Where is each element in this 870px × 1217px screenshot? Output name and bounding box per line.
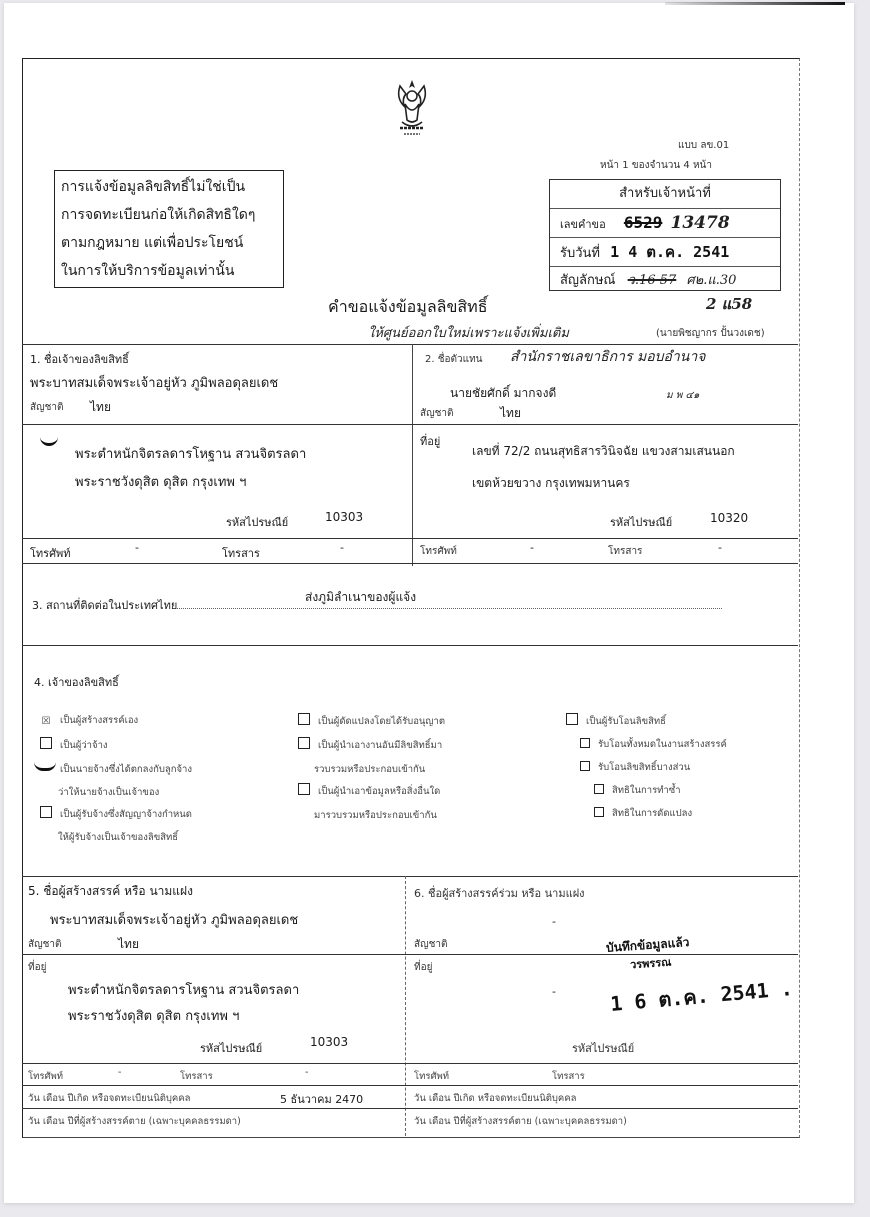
co-creator-name: -: [552, 915, 556, 928]
agent-postal-label: รหัสไปรษณีย์: [610, 513, 672, 531]
checkbox[interactable]: [594, 807, 604, 817]
option-label-cont: ว่าให้นายจ้างเป็นเจ้าของ: [58, 785, 159, 800]
divider: [22, 645, 798, 646]
option-label-cont: มารวบรวมหรือประกอบเข้ากัน: [314, 808, 437, 823]
creator-name: พระบาทสมเด็จพระเจ้าอยู่หัว ภูมิพลอดุลยเด…: [50, 909, 298, 930]
contact-place-value: ส่งภูมิลำเนาของผู้แจ้ง: [305, 588, 416, 607]
option-label: รับโอนลิขสิทธิ์บางส่วน: [598, 762, 690, 773]
creator-death-label: วัน เดือน ปีที่ผู้สร้างสรรค์ตาย (เฉพาะบุ…: [28, 1114, 241, 1129]
official-box-header: สำหรับเจ้าหน้าที่: [550, 180, 780, 209]
assign-partial-option[interactable]: รับโอนลิขสิทธิ์บางส่วน: [580, 760, 690, 775]
owner-type-data-compiler-option[interactable]: เป็นผู้นำเอาข้อมูลหรือสิ่งอื่นใด: [298, 783, 440, 799]
option-label: เป็นผู้ดัดแปลงโดยได้รับอนุญาต: [318, 716, 445, 727]
creator-fax: -: [305, 1067, 308, 1078]
right-adapt-option[interactable]: สิทธิในการดัดแปลง: [594, 806, 692, 821]
option-label-cont: รวบรวมหรือประกอบเข้ากัน: [314, 762, 425, 777]
owner-type-assignee-option[interactable]: เป็นผู้รับโอนลิขสิทธิ์: [566, 713, 666, 729]
owner-nationality: ไทย: [90, 398, 111, 417]
owner-postal-label: รหัสไปรษณีย์: [226, 513, 288, 531]
divider: [412, 344, 413, 566]
assign-full-option[interactable]: รับโอนทั้งหมดในงานสร้างสรรค์: [580, 737, 727, 752]
request-number-row: เลขคำขอ 6529 13478: [550, 209, 780, 238]
co-creator-postal-label: รหัสไปรษณีย์: [572, 1039, 634, 1057]
section6-label: 6. ชื่อผู้สร้างสรรค์ร่วม หรือ นามแฝง: [414, 884, 585, 902]
creator-postal-code: 10303: [310, 1035, 348, 1049]
co-creator-death-label: วัน เดือน ปีที่ผู้สร้างสรรค์ตาย (เฉพาะบุ…: [414, 1114, 627, 1129]
section2-label: 2. ชื่อตัวแทน: [425, 352, 483, 367]
notice-line: การจดทะเบียนก่อให้เกิดสิทธิใดๆ: [61, 201, 277, 229]
form-code: แบบ ลข.01: [678, 138, 729, 153]
creator-birth-label: วัน เดือน ปีเกิด หรือจดทะเบียนนิติบุคคล: [28, 1091, 190, 1106]
official-use-box: สำหรับเจ้าหน้าที่ เลขคำขอ 6529 13478 รับ…: [549, 179, 781, 291]
symbol-row: สัญลักษณ์ ว.16 57 ศ๒.แ.30: [550, 267, 780, 295]
option-label: เป็นผู้นำเอางานอันมีลิขสิทธิ์มา: [318, 740, 442, 751]
co-creator-address-label: ที่อยู่: [414, 960, 432, 975]
option-label: สิทธิในการทำซ้ำ: [612, 785, 681, 796]
section4-label: 4. เจ้าของลิขสิทธิ์: [34, 673, 119, 691]
creator-address-line: พระราชวังดุสิต ดุสิต กรุงเทพ ฯ: [68, 1005, 239, 1026]
creator-phone: -: [118, 1067, 121, 1078]
owner-phone-label: โทรศัพท์: [30, 544, 71, 562]
divider: [22, 538, 798, 539]
section3-label-text: 3. สถานที่ติดต่อในประเทศไทย: [32, 599, 177, 612]
checkbox[interactable]: [298, 737, 310, 749]
divider: [22, 1108, 798, 1109]
agent-postal-code: 10320: [710, 511, 748, 525]
checkbox[interactable]: [580, 738, 590, 748]
agent-handwritten-2: ม พ ๔๑: [666, 388, 699, 403]
symbol-extra-handwriting: 2 แ58: [706, 292, 752, 316]
handwritten-note-signatory: (นายพิชญากร ปั้นวงเดช): [656, 326, 765, 341]
owner-address-line: พระตำหนักจิตรลดารโหฐาน สวนจิตรลดา: [75, 443, 306, 464]
divider: [22, 563, 798, 564]
checkbox[interactable]: [594, 784, 604, 794]
co-creator-phone-label: โทรศัพท์: [414, 1069, 449, 1084]
owner-postal-code: 10303: [325, 510, 363, 524]
form-title: คำขอแจ้งข้อมูลลิขสิทธิ์: [328, 295, 487, 320]
agent-handwritten: สำนักราชเลขาธิการ มอบอำนาจ: [510, 346, 705, 368]
right-reproduce-option[interactable]: สิทธิในการทำซ้ำ: [594, 783, 681, 798]
owner-fax-label: โทรสาร: [222, 544, 260, 562]
legal-notice-box: การแจ้งข้อมูลลิขสิทธิ์ไม่ใช่เป็น การจดทะ…: [54, 170, 284, 288]
divider: [22, 344, 798, 345]
agent-address-line: เลขที่ 72/2 ถนนสุทธิสารวินิจฉัย แขวงสามเ…: [472, 442, 735, 461]
notice-line: ในการให้บริการข้อมูลเท่านั้น: [61, 257, 277, 285]
option-label: รับโอนทั้งหมดในงานสร้างสรรค์: [598, 739, 727, 750]
checkbox[interactable]: [298, 783, 310, 795]
agent-fax-label: โทรสาร: [608, 544, 642, 559]
handwritten-note: ให้ศูนย์ออกใบใหม่เพราะแจ้งเพิ่มเติม: [368, 322, 569, 343]
received-date: 1 4 ต.ค. 2541: [610, 243, 729, 261]
page-info: หน้า 1 ของจำนวน 4 หน้า: [600, 158, 712, 173]
scan-edge: [665, 2, 845, 5]
recorded-stamp-line2: วรพรรณ: [629, 953, 672, 974]
divider: [22, 1063, 798, 1064]
divider: [22, 954, 798, 955]
received-date-label: รับวันที่: [560, 246, 600, 261]
owner-type-compiler-option[interactable]: เป็นผู้นำเอางานอันมีลิขสิทธิ์มา: [298, 737, 442, 753]
agent-address-label: ที่อยู่: [420, 432, 440, 450]
option-label: สิทธิในการดัดแปลง: [612, 808, 692, 819]
owner-type-creator-option[interactable]: ☒เป็นผู้สร้างสรรค์เอง: [40, 713, 138, 728]
option-label: เป็นผู้รับโอนลิขสิทธิ์: [586, 716, 666, 727]
owner-type-adapter-option[interactable]: เป็นผู้ดัดแปลงโดยได้รับอนุญาต: [298, 713, 445, 729]
creator-nationality-label: สัญชาติ: [28, 937, 62, 952]
agent-phone: -: [530, 541, 534, 554]
option-label: เป็นผู้รับจ้างซึ่งสัญญาจ้างกำหนด: [60, 809, 192, 820]
agent-nationality: ไทย: [500, 404, 521, 423]
option-label: เป็นผู้สร้างสรรค์เอง: [60, 715, 138, 726]
checkbox[interactable]: [40, 806, 52, 818]
owner-address-line: พระราชวังดุสิต ดุสิต กรุงเทพ ฯ: [75, 471, 246, 492]
owner-phone: -: [135, 541, 139, 554]
option-label: เป็นผู้ว่าจ้าง: [60, 740, 108, 751]
owner-name: พระบาทสมเด็จพระเจ้าอยู่หัว ภูมิพลอดุลยเด…: [30, 372, 278, 393]
owner-type-contractor-option[interactable]: เป็นผู้รับจ้างซึ่งสัญญาจ้างกำหนด: [40, 806, 192, 822]
owner-nationality-label: สัญชาติ: [30, 400, 64, 415]
agent-fax: -: [718, 541, 722, 554]
checkbox[interactable]: [298, 713, 310, 725]
divider: [22, 424, 798, 425]
notice-line: ตามกฎหมาย แต่เพื่อประโยชน์: [61, 229, 277, 257]
divider: [22, 1085, 798, 1086]
divider: [405, 876, 406, 1136]
creator-fax-label: โทรสาร: [180, 1069, 213, 1084]
agent-address-line: เขตห้วยขวาง กรุงเทพมหานคร: [472, 474, 630, 493]
symbol-struck: ว.16 57: [628, 273, 677, 288]
checkbox[interactable]: [566, 713, 578, 725]
option-label: เป็นนายจ้างซึ่งได้ตกลงกับลูกจ้าง: [60, 764, 192, 775]
co-creator-fax-label: โทรสาร: [552, 1069, 585, 1084]
co-creator-birth-label: วัน เดือน ปีเกิด หรือจดทะเบียนนิติบุคคล: [414, 1091, 576, 1106]
creator-address-line: พระตำหนักจิตรลดารโหฐาน สวนจิตรลดา: [68, 979, 299, 1000]
owner-type-employer-option[interactable]: เป็นผู้ว่าจ้าง: [40, 737, 108, 753]
agent-phone-label: โทรศัพท์: [420, 544, 457, 559]
option-label-cont: ให้ผู้รับจ้างเป็นเจ้าของลิขสิทธิ์: [58, 830, 178, 845]
creator-nationality: ไทย: [118, 935, 139, 954]
creator-address-label: ที่อยู่: [28, 960, 46, 975]
checkbox[interactable]: [580, 761, 590, 771]
creator-postal-label: รหัสไปรษณีย์: [200, 1039, 262, 1057]
section5-label: 5. ชื่อผู้สร้างสรรค์ หรือ นามแฝง: [28, 882, 193, 901]
agent-nationality-label: สัญชาติ: [420, 406, 454, 421]
option-label: เป็นผู้นำเอาข้อมูลหรือสิ่งอื่นใด: [318, 786, 440, 797]
divider: [22, 876, 798, 877]
co-creator-nationality-label: สัญชาติ: [414, 937, 448, 952]
request-number-label: เลขคำขอ: [560, 218, 606, 231]
symbol-value: ศ๒.แ.30: [686, 273, 736, 288]
co-creator-address: -: [552, 985, 556, 998]
request-number-struck: 6529: [624, 213, 663, 232]
owner-fax: -: [340, 541, 344, 554]
request-number: 13478: [671, 213, 730, 233]
owner-type-employer-agreement-option[interactable]: เป็นนายจ้างซึ่งได้ตกลงกับลูกจ้าง: [60, 762, 192, 777]
creator-birth-date: 5 ธันวาคม 2470: [280, 1090, 363, 1108]
received-date-row: รับวันที่ 1 4 ต.ค. 2541: [550, 238, 780, 267]
symbol-label: สัญลักษณ์: [560, 273, 615, 288]
section1-label: 1. ชื่อเจ้าของลิขสิทธิ์: [30, 350, 129, 368]
notice-line: การแจ้งข้อมูลลิขสิทธิ์ไม่ใช่เป็น: [61, 173, 277, 201]
creator-phone-label: โทรศัพท์: [28, 1069, 63, 1084]
agent-name: นายชัยศักดิ์ มากจงดี: [450, 384, 556, 403]
garuda-emblem-icon: [392, 76, 432, 140]
checkbox[interactable]: [40, 737, 52, 749]
checkbox-checked[interactable]: ☒: [40, 717, 52, 727]
